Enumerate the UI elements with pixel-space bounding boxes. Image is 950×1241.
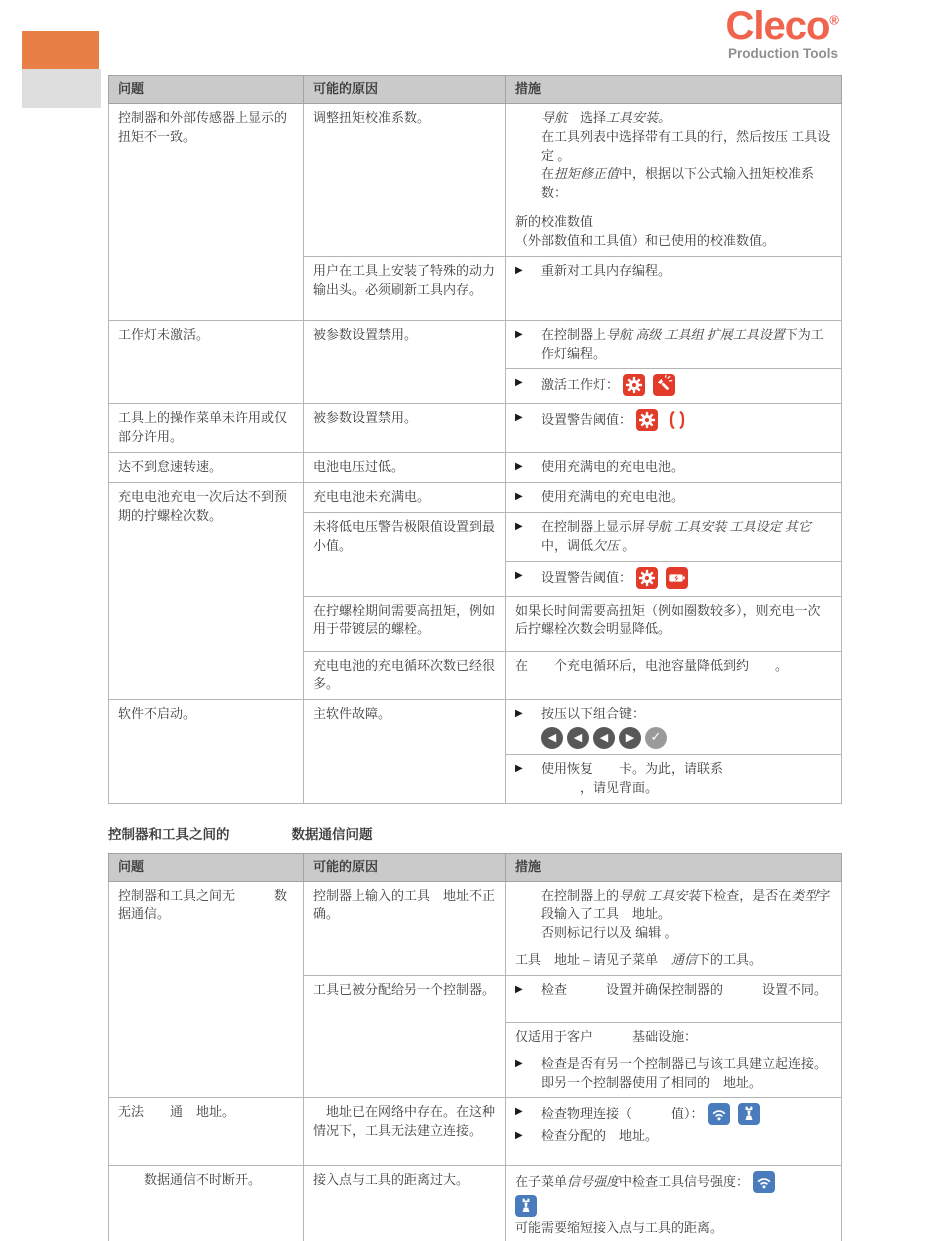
cleco-logo: Cleco® Production Tools bbox=[725, 6, 838, 64]
measure-cell: 在 个充电循环后，电池容量降低到约 。 bbox=[506, 651, 842, 700]
flashlight-icon bbox=[653, 374, 675, 396]
wifi-icon bbox=[708, 1103, 730, 1125]
cause-cell: 地址已在网络中存在。在这种情况下，工具无法建立连接。 bbox=[304, 1098, 506, 1166]
header-cause: 可能的原因 bbox=[304, 853, 506, 881]
table-header-row: 问题 可能的原因 措施 bbox=[109, 76, 842, 104]
bullet-arrow-icon: ▶ bbox=[515, 760, 541, 798]
menu-path: 导航 bbox=[541, 110, 567, 125]
registered-mark: ® bbox=[829, 13, 838, 28]
table-row: 充电电池充电一次后达不到预期的拧螺栓次数。 充电电池未充满电。 ▶使用充满电的充… bbox=[109, 482, 842, 512]
key-combination: ◀◀◀▶✓ bbox=[541, 727, 832, 749]
cause-cell: 工具已被分配给另一个控制器。 bbox=[304, 975, 506, 1098]
bullet-arrow-icon: ▶ bbox=[515, 262, 541, 281]
cause-cell: 被参数设置禁用。 bbox=[304, 404, 506, 453]
logo-tagline: Production Tools bbox=[725, 44, 838, 64]
measure-cell: ▶重新对工具内存编程。 bbox=[506, 256, 842, 320]
header-problem: 问题 bbox=[109, 76, 304, 104]
measure-text: 在控制器上的 bbox=[541, 888, 619, 903]
measure-text: 重新对工具内存编程。 bbox=[541, 262, 832, 281]
header-cause: 可能的原因 bbox=[304, 76, 506, 104]
cause-cell: 接入点与工具的距离过大。 bbox=[304, 1166, 506, 1241]
measure-text: 在工具列表中选择带有工具的行，然后按压 工具设定 。 bbox=[541, 128, 832, 166]
bullet-arrow-icon: ▶ bbox=[515, 488, 541, 507]
table-row: 工具上的操作菜单未许用或仅部分许用。 被参数设置禁用。 ▶ 设置警告阈值： bbox=[109, 404, 842, 453]
section-title-part1: 控制器和工具之间的 bbox=[108, 827, 230, 842]
measure-text: 中，调低 bbox=[541, 538, 593, 553]
bullet-arrow-icon: ▶ bbox=[515, 981, 541, 1000]
problem-cell: 达不到怠速转速。 bbox=[109, 453, 304, 483]
cause-cell: 电池电压过低。 bbox=[304, 453, 506, 483]
measure-text: 下的工具。 bbox=[697, 952, 762, 967]
problem-cell: 数据通信不时断开。 bbox=[109, 1166, 304, 1241]
measure-cell: ▶ 使用恢复 卡。为此，请联系 ，请见背面。 bbox=[506, 755, 842, 804]
problem-cell: 工作灯未激活。 bbox=[109, 320, 304, 404]
measure-text: 选择 bbox=[567, 110, 606, 125]
gear-icon bbox=[636, 409, 658, 431]
table-row: 无法 通 地址。 地址已在网络中存在。在这种情况下，工具无法建立连接。 ▶ 检查… bbox=[109, 1098, 842, 1166]
measure-text: 检查物理连接（ 值）： bbox=[541, 1106, 704, 1121]
menu-path: 工具安装。 bbox=[606, 110, 671, 125]
measure-text: 在控制器上显示屏 bbox=[541, 519, 645, 534]
formula-line: 新的校准数值 bbox=[515, 213, 832, 232]
page-corner-tab-orange bbox=[22, 31, 99, 69]
header-measure: 措施 bbox=[506, 853, 842, 881]
measure-text: 在 bbox=[541, 166, 554, 181]
problem-cell: 控制器和外部传感器上显示的扭矩不一致。 bbox=[109, 103, 304, 320]
bullet-arrow-icon: ▶ bbox=[515, 326, 541, 364]
measure-text: ，请见背面。 bbox=[541, 779, 832, 798]
measure-text: 使用充满电的充电电池。 bbox=[541, 488, 832, 507]
bullet-arrow-icon: ▶ bbox=[515, 1055, 541, 1093]
key-left-icon: ◀ bbox=[593, 727, 615, 749]
measure-text: 设置警告阈值： bbox=[541, 412, 632, 427]
logo-brand: Cleco® bbox=[725, 6, 838, 46]
measure-cell: ▶使用充满电的充电电池。 bbox=[506, 453, 842, 483]
menu-path: 导航 高级 工具组 扩展工具设置 bbox=[606, 327, 785, 342]
wifi-icon bbox=[753, 1171, 775, 1193]
measure-cell: 仅适用于客户 基础设施： ▶检查是否有另一个控制器已与该工具建立起连接。即另一个… bbox=[506, 1022, 842, 1098]
cause-cell: 主软件故障。 bbox=[304, 700, 506, 804]
problem-cell: 充电电池充电一次后达不到预期的拧螺栓次数。 bbox=[109, 482, 304, 699]
problem-cell: 软件不启动。 bbox=[109, 700, 304, 804]
table-row: 达不到怠速转速。 电池电压过低。 ▶使用充满电的充电电池。 bbox=[109, 453, 842, 483]
bullet-arrow-icon: ▶ bbox=[515, 374, 541, 398]
measure-text: 工具 地址 – 请见子菜单 bbox=[515, 952, 671, 967]
battery-charging-icon bbox=[666, 567, 688, 589]
cause-cell: 被参数设置禁用。 bbox=[304, 320, 506, 404]
measure-text: 可能需要缩短接入点与工具的距离。 bbox=[515, 1219, 832, 1238]
measure-text: 使用充满电的充电电池。 bbox=[541, 458, 832, 477]
cause-cell: 控制器上输入的工具 地址不正确。 bbox=[304, 881, 506, 975]
table-row: 控制器和工具之间无 数据通信。 控制器上输入的工具 地址不正确。 在控制器上的导… bbox=[109, 881, 842, 975]
menu-path: 导航 工具安装 bbox=[619, 888, 700, 903]
measure-text: 在控制器上 bbox=[541, 327, 606, 342]
measure-text: 激活工作灯： bbox=[541, 377, 619, 392]
section-title-part2: 数据通信问题 bbox=[292, 827, 373, 842]
measure-cell: ▶ 激活工作灯： bbox=[506, 369, 842, 404]
cause-cell: 充电电池未充满电。 bbox=[304, 482, 506, 512]
measure-cell: 导航 选择工具安装。 在工具列表中选择带有工具的行，然后按压 工具设定 。 在扭… bbox=[506, 103, 842, 256]
table-row: 软件不启动。 主软件故障。 ▶ 按压以下组合键： ◀◀◀▶✓ bbox=[109, 700, 842, 755]
measure-cell: ▶ 设置警告阈值： bbox=[506, 561, 842, 596]
measure-cell: ▶ 在控制器上显示屏导航 工具安装 工具设定 其它中，调低欠压 。 bbox=[506, 512, 842, 561]
tool-icon bbox=[738, 1103, 760, 1125]
measure-text: 仅适用于客户 基础设施： bbox=[515, 1028, 832, 1047]
measure-text: 下检查，是否在 bbox=[700, 888, 791, 903]
troubleshooting-table-2: 问题 可能的原因 措施 控制器和工具之间无 数据通信。 控制器上输入的工具 地址… bbox=[108, 853, 842, 1241]
problem-cell: 工具上的操作菜单未许用或仅部分许用。 bbox=[109, 404, 304, 453]
measure-text: 否则标记行以及 编辑 。 bbox=[541, 924, 832, 943]
menu-path: 扭矩修正值 bbox=[554, 166, 619, 181]
cause-cell: 调整扭矩校准系数。 bbox=[304, 103, 506, 256]
cause-cell: 在拧螺栓期间需要高扭矩，例如用于带镀层的螺栓。 bbox=[304, 596, 506, 651]
measure-text: 在子菜单 bbox=[515, 1174, 567, 1189]
page-corner-tab-gray bbox=[22, 69, 101, 108]
measure-text: 检查是否有另一个控制器已与该工具建立起连接。即另一个控制器使用了相同的 地址。 bbox=[541, 1055, 832, 1093]
formula-line: （外部数值和工具值）和已使用的校准数值。 bbox=[515, 232, 832, 251]
measure-cell: ▶ 设置警告阈值： bbox=[506, 404, 842, 453]
problem-cell: 无法 通 地址。 bbox=[109, 1098, 304, 1166]
measure-text: 使用恢复 卡。为此，请联系 bbox=[541, 760, 832, 779]
measure-cell: 在控制器上的导航 工具安装下检查，是否在类型字段输入了工具 地址。 否则标记行以… bbox=[506, 881, 842, 975]
table-header-row: 问题 可能的原因 措施 bbox=[109, 853, 842, 881]
measure-cell: 如果长时间需要高扭矩（例如圈数较多），则充电一次后拧螺栓次数会明显降低。 bbox=[506, 596, 842, 651]
cause-cell: 未将低电压警告极限值设置到最小值。 bbox=[304, 512, 506, 596]
bullet-arrow-icon: ▶ bbox=[515, 458, 541, 477]
header-measure: 措施 bbox=[506, 76, 842, 104]
tool-icon bbox=[515, 1195, 537, 1217]
menu-path: 信号强度 bbox=[567, 1174, 619, 1189]
table-row: 控制器和外部传感器上显示的扭矩不一致。 调整扭矩校准系数。 导航 选择工具安装。… bbox=[109, 103, 842, 256]
measure-text: 。 bbox=[619, 538, 635, 553]
menu-path: 欠压 bbox=[593, 538, 619, 553]
key-left-icon: ◀ bbox=[567, 727, 589, 749]
measure-text: 中检查工具信号强度： bbox=[619, 1174, 749, 1189]
menu-path: 导航 工具安装 工具设定 其它 bbox=[645, 519, 811, 534]
key-right-icon: ▶ bbox=[619, 727, 641, 749]
bullet-arrow-icon: ▶ bbox=[515, 1127, 541, 1146]
measure-cell: ▶ 检查物理连接（ 值）： ▶检查分配的 地址。 bbox=[506, 1098, 842, 1166]
bullet-arrow-icon: ▶ bbox=[515, 518, 541, 556]
table-row: 数据通信不时断开。 接入点与工具的距离过大。 在子菜单信号强度中检查工具信号强度… bbox=[109, 1166, 842, 1241]
menu-path: 类型 bbox=[791, 888, 817, 903]
measure-text: 按压以下组合键： bbox=[541, 705, 832, 724]
measure-cell: ▶ 按压以下组合键： ◀◀◀▶✓ bbox=[506, 700, 842, 755]
empty-threshold-brackets-icon bbox=[666, 409, 688, 431]
troubleshooting-table-1: 问题 可能的原因 措施 控制器和外部传感器上显示的扭矩不一致。 调整扭矩校准系数… bbox=[108, 75, 842, 804]
measure-text: 检查 设置并确保控制器的 设置不同。 bbox=[541, 981, 832, 1000]
measure-cell: ▶ 在控制器上导航 高级 工具组 扩展工具设置下为工作灯编程。 bbox=[506, 320, 842, 369]
measure-cell: 在子菜单信号强度中检查工具信号强度： 可能需要缩短接入点与工具的距离。 bbox=[506, 1166, 842, 1241]
measure-cell: ▶使用充满电的充电电池。 bbox=[506, 482, 842, 512]
section-title: 控制器和工具之间的数据通信问题 bbox=[108, 825, 841, 845]
bullet-arrow-icon: ▶ bbox=[515, 409, 541, 433]
problem-cell: 控制器和工具之间无 数据通信。 bbox=[109, 881, 304, 1098]
measure-text: 如果长时间需要高扭矩（例如圈数较多），则充电一次后拧螺栓次数会明显降低。 bbox=[515, 602, 832, 640]
measure-text: 检查分配的 地址。 bbox=[541, 1127, 832, 1146]
table-row: 工作灯未激活。 被参数设置禁用。 ▶ 在控制器上导航 高级 工具组 扩展工具设置… bbox=[109, 320, 842, 369]
manual-page: Cleco® Production Tools 问题 可能的原因 措施 控制器和… bbox=[0, 0, 950, 1241]
gear-icon bbox=[623, 374, 645, 396]
measure-text: 在 个充电循环后，电池容量降低到约 。 bbox=[515, 657, 832, 676]
bullet-arrow-icon: ▶ bbox=[515, 1103, 541, 1127]
measure-cell: ▶检查 设置并确保控制器的 设置不同。 bbox=[506, 975, 842, 1022]
header-problem: 问题 bbox=[109, 853, 304, 881]
menu-path: 通信 bbox=[671, 952, 697, 967]
bullet-arrow-icon: ▶ bbox=[515, 705, 541, 749]
cause-cell: 充电电池的充电循环次数已经很多。 bbox=[304, 651, 506, 700]
cause-cell: 用户在工具上安装了特殊的动力输出头。必须刷新工具内存。 bbox=[304, 256, 506, 320]
measure-text: 设置警告阈值： bbox=[541, 569, 632, 584]
gear-icon bbox=[636, 567, 658, 589]
bullet-arrow-icon: ▶ bbox=[515, 567, 541, 591]
key-ok-icon: ✓ bbox=[645, 727, 667, 749]
key-left-icon: ◀ bbox=[541, 727, 563, 749]
